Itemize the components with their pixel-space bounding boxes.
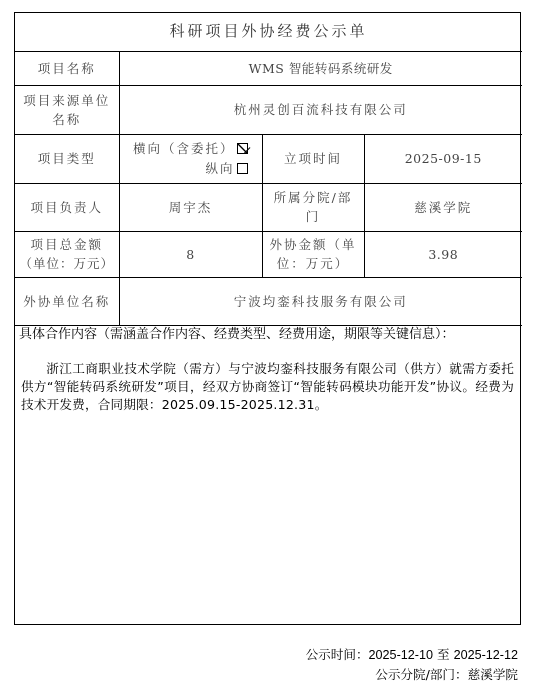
source-unit-value: 杭州灵创百流科技有限公司 <box>119 85 522 134</box>
disclosure-department: 公示分院/部门：慈溪学院 <box>306 665 518 685</box>
department-label-line2: 门 <box>269 207 358 226</box>
form-table: 科研项目外协经费公示单 项目名称 WMS 智能转码系统研发 项目来源单位 名称 … <box>15 13 522 326</box>
period-end: 2025-12-12 <box>454 648 518 662</box>
outsourced-amount-label-line2: 位：万元） <box>269 254 358 273</box>
project-type-options: 横向（含委托） 纵向 <box>119 134 262 183</box>
disclosure-form: 科研项目外协经费公示单 项目名称 WMS 智能转码系统研发 项目来源单位 名称 … <box>14 12 521 625</box>
disclosure-department-value: 慈溪学院 <box>468 667 518 682</box>
outsourced-amount-value: 3.98 <box>364 231 522 277</box>
checked-box-icon[interactable] <box>237 143 248 154</box>
source-unit-label-line2: 名称 <box>21 110 113 129</box>
content-body: 浙江工商职业技术学院（需方）与宁波均銮科技服务有限公司（供方）就需方委托供方“智… <box>15 344 520 414</box>
outsourced-amount-label: 外协金额（单 位：万元） <box>262 231 364 277</box>
content-heading: 具体合作内容（需涵盖合作内容、经费类型、经费用途，期限等关键信息）： <box>15 326 520 344</box>
source-unit-label: 项目来源单位 名称 <box>15 85 119 134</box>
option-horizontal-label: 横向（含委托） <box>133 141 235 156</box>
project-name-value: WMS 智能转码系统研发 <box>119 51 522 85</box>
project-type-label: 项目类型 <box>15 134 119 183</box>
footer: 公示时间：2025-12-10 至 2025-12-12 公示分院/部门：慈溪学… <box>306 645 518 685</box>
option-horizontal[interactable]: 横向（含委托） <box>126 139 248 159</box>
option-vertical-label: 纵向 <box>205 161 234 176</box>
total-amount-label: 项目总金额 （单位：万元） <box>15 231 119 277</box>
outsourced-amount-label-line1: 外协金额（单 <box>269 235 358 254</box>
source-unit-label-line1: 项目来源单位 <box>21 91 113 110</box>
disclosure-period-label: 公示时间： <box>306 647 369 662</box>
unchecked-box-icon[interactable] <box>237 163 248 174</box>
total-amount-label-line2: （单位：万元） <box>17 254 117 273</box>
leader-label: 项目负责人 <box>15 183 119 231</box>
partner-label: 外协单位名称 <box>15 277 119 325</box>
total-amount-value: 8 <box>119 231 262 277</box>
department-label-line1: 所属分院/部 <box>269 188 358 207</box>
form-title: 科研项目外协经费公示单 <box>15 13 522 51</box>
disclosure-period: 公示时间：2025-12-10 至 2025-12-12 <box>306 645 518 665</box>
start-date-label: 立项时间 <box>262 134 364 183</box>
option-vertical[interactable]: 纵向 <box>126 159 248 179</box>
department-label: 所属分院/部 门 <box>262 183 364 231</box>
period-separator: 至 <box>433 647 454 662</box>
leader-value: 周宇杰 <box>119 183 262 231</box>
total-amount-label-line1: 项目总金额 <box>17 235 117 254</box>
start-date-value: 2025-09-15 <box>364 134 522 183</box>
department-value: 慈溪学院 <box>364 183 522 231</box>
period-start: 2025-12-10 <box>369 648 433 662</box>
project-name-label: 项目名称 <box>15 51 119 85</box>
disclosure-department-label: 公示分院/部门： <box>375 667 467 682</box>
partner-value: 宁波均銮科技服务有限公司 <box>119 277 522 325</box>
